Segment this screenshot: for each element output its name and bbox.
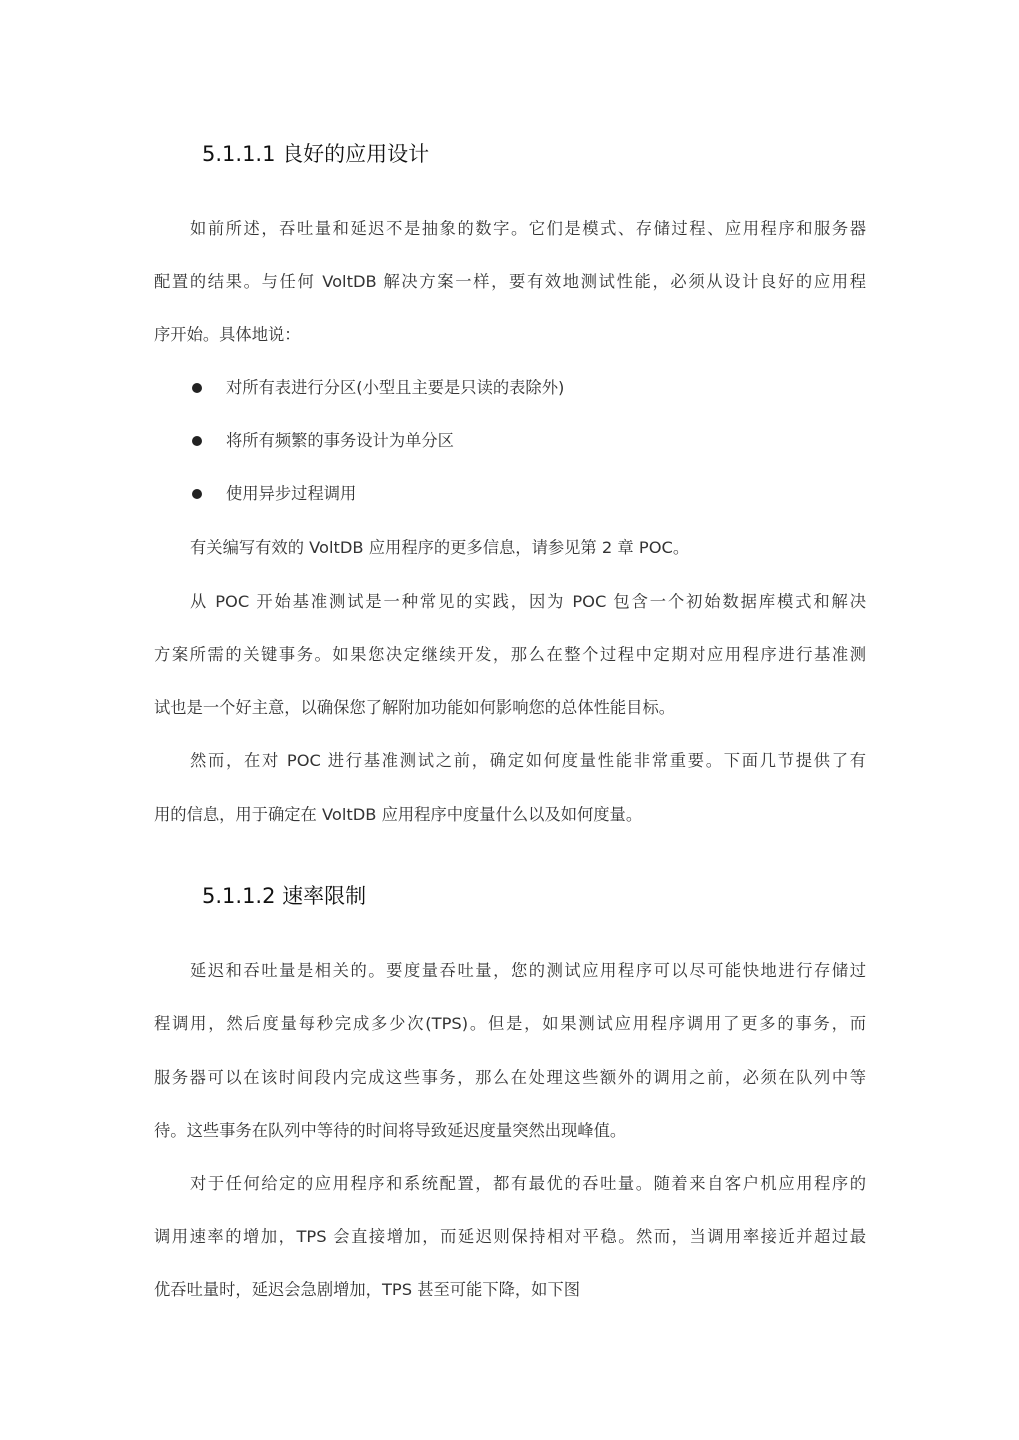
section-heading-good-app-design: 5.1.1.1 良好的应用设计 <box>202 138 429 168</box>
paragraph-line: 对于任何给定的应用程序和系统配置，都有最优的吞吐量。随着来自客户机应用程序的 <box>190 1173 866 1195</box>
paragraph-line: 有关编写有效的 VoltDB 应用程序的更多信息，请参见第 2 章 POC。 <box>190 537 866 559</box>
paragraph-line: 用的信息，用于确定在 VoltDB 应用程序中度量什么以及如何度量。 <box>154 804 866 826</box>
bullet-item: 使用异步过程调用 <box>226 483 356 505</box>
paragraph-line: 程调用，然后度量每秒完成多少次(TPS)。但是，如果测试应用程序调用了更多的事务… <box>154 1013 866 1035</box>
paragraph-line: 待。这些事务在队列中等待的时间将导致延迟度量突然出现峰值。 <box>154 1120 866 1142</box>
bullet-dot-icon <box>192 383 202 393</box>
paragraph-line: 从 POC 开始基准测试是一种常见的实践，因为 POC 包含一个初始数据库模式和… <box>190 591 866 613</box>
paragraph-line: 如前所述，吞吐量和延迟不是抽象的数字。它们是模式、存储过程、应用程序和服务器 <box>190 218 866 240</box>
bullet-dot-icon <box>192 489 202 499</box>
paragraph-line: 优吞吐量时，延迟会急剧增加，TPS 甚至可能下降，如下图 <box>154 1279 866 1301</box>
paragraph-line: 然而，在对 POC 进行基准测试之前，确定如何度量性能非常重要。下面几节提供了有 <box>190 750 866 772</box>
paragraph-line: 延迟和吞吐量是相关的。要度量吞吐量，您的测试应用程序可以尽可能快地进行存储过 <box>190 960 866 982</box>
bullet-dot-icon <box>192 436 202 446</box>
paragraph-line: 调用速率的增加，TPS 会直接增加，而延迟则保持相对平稳。然而，当调用率接近并超… <box>154 1226 866 1248</box>
paragraph-line: 试也是一个好主意，以确保您了解附加功能如何影响您的总体性能目标。 <box>154 697 866 719</box>
paragraph-line: 序开始。具体地说： <box>154 324 866 346</box>
document-page: 5.1.1.1 良好的应用设计 如前所述，吞吐量和延迟不是抽象的数字。它们是模式… <box>0 0 1019 1440</box>
section-heading-rate-limiting: 5.1.1.2 速率限制 <box>202 880 366 910</box>
bullet-item: 将所有频繁的事务设计为单分区 <box>226 430 454 452</box>
paragraph-line: 方案所需的关键事务。如果您决定继续开发，那么在整个过程中定期对应用程序进行基准测 <box>154 644 866 666</box>
paragraph-line: 配置的结果。与任何 VoltDB 解决方案一样，要有效地测试性能，必须从设计良好… <box>154 271 866 293</box>
paragraph-line: 服务器可以在该时间段内完成这些事务，那么在处理这些额外的调用之前，必须在队列中等 <box>154 1067 866 1089</box>
bullet-item: 对所有表进行分区(小型且主要是只读的表除外) <box>226 377 564 399</box>
